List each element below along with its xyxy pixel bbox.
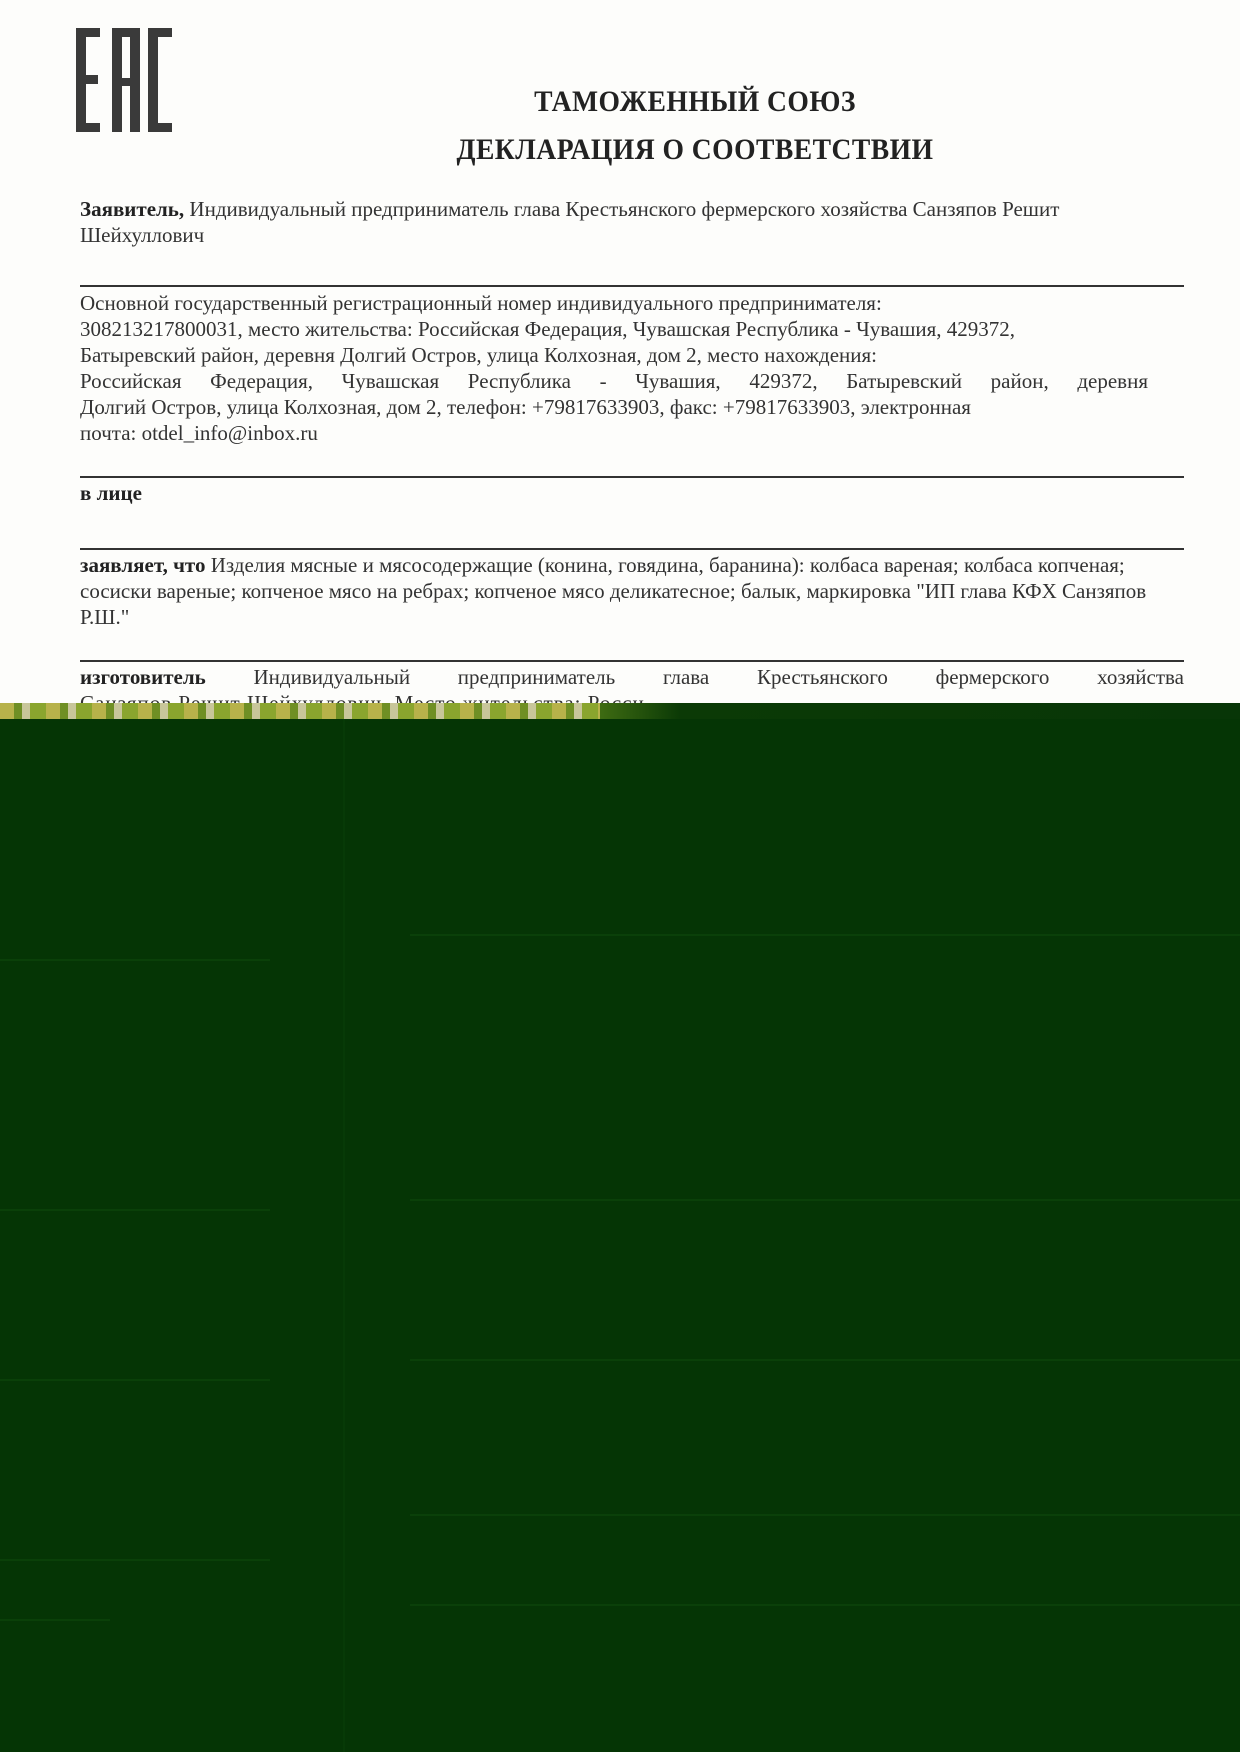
registration-line: 308213217800031, место жительства: Росси… <box>80 316 1186 342</box>
divider <box>80 285 1184 287</box>
registration-line: почта: otdel_info@inbox.ru <box>80 420 1186 446</box>
declares-text: Изделия мясные и мясосодержащие (конина,… <box>80 553 1146 629</box>
manufacturer-label: изготовитель <box>80 665 206 689</box>
divider <box>410 1514 1240 1516</box>
declares-label: заявляет, что <box>80 553 205 577</box>
divider <box>80 548 1184 550</box>
representative-section: в лице <box>80 480 1186 506</box>
registration-line: Основной государственный регистрационный… <box>80 290 1186 316</box>
divider <box>410 934 1240 936</box>
divider <box>410 1604 1240 1606</box>
declares-section: заявляет, что Изделия мясные и мясосодер… <box>80 552 1150 630</box>
document-heading: ТАМОЖЕННЫЙ СОЮЗ ДЕКЛАРАЦИЯ О СООТВЕТСТВИ… <box>332 78 1059 174</box>
divider <box>0 959 270 961</box>
divider <box>80 660 1184 662</box>
heading-declaration: ДЕКЛАРАЦИЯ О СООТВЕТСТВИИ <box>332 126 1059 174</box>
registration-section: Основной государственный регистрационный… <box>80 290 1186 446</box>
applicant-text: Индивидуальный предприниматель глава Кре… <box>80 197 1059 247</box>
eac-letter-c <box>148 28 178 132</box>
corrupted-scan-region <box>0 719 1240 1752</box>
applicant-section: Заявитель, Индивидуальный предпринимател… <box>80 196 1186 248</box>
heading-customs-union: ТАМОЖЕННЫЙ СОЮЗ <box>332 78 1059 126</box>
manufacturer-text: Индивидуальный предприниматель глава Кре… <box>254 665 1184 689</box>
eac-letter-e <box>76 28 106 132</box>
eac-logo <box>76 28 178 132</box>
column-divider <box>343 719 345 1752</box>
divider <box>410 1199 1240 1201</box>
applicant-label: Заявитель, <box>80 197 184 221</box>
divider <box>410 1359 1240 1361</box>
divider <box>0 1209 270 1211</box>
divider <box>80 476 1184 478</box>
divider <box>0 1619 110 1621</box>
representative-label: в лице <box>80 481 142 505</box>
divider <box>0 1559 270 1561</box>
registration-line: Долгий Остров, улица Колхозная, дом 2, т… <box>80 394 1186 420</box>
corrupted-scan-band <box>0 703 1240 719</box>
eac-letter-a <box>112 28 142 132</box>
registration-line: Батыревский район, деревня Долгий Остров… <box>80 342 1186 368</box>
eac-mark-icon <box>76 28 178 132</box>
registration-line: Российская Федерация, Чувашская Республи… <box>80 368 1148 394</box>
divider <box>0 1379 270 1381</box>
